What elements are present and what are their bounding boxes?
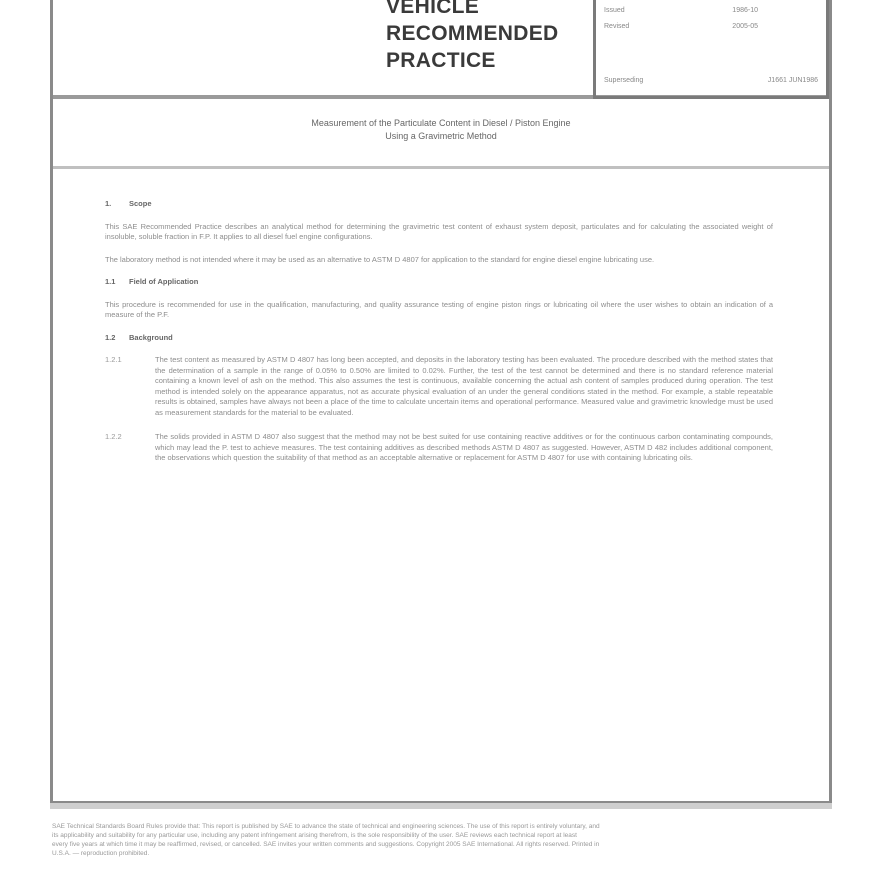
meta-superseding: Superseding J1661 JUN1986 — [604, 77, 818, 84]
document-footer: SAE Technical Standards Board Rules prov… — [52, 822, 832, 858]
meta-label: Issued — [604, 7, 625, 14]
document-header: VEHICLE RECOMMENDED PRACTICE Issued 1986… — [53, 0, 829, 99]
page-shadow — [50, 803, 832, 809]
document-title: Measurement of the Particulate Content i… — [53, 99, 829, 169]
subsection-1-2-1: 1.2.1 The test content as measured by AS… — [105, 355, 773, 418]
title-line: Using a Gravimetric Method — [53, 130, 829, 143]
meta-value: 2005-05 — [732, 23, 758, 30]
section-title: Scope — [129, 199, 152, 210]
title-line: Measurement of the Particulate Content i… — [53, 117, 829, 130]
meta-value: 1986-10 — [732, 7, 758, 14]
meta-label: Revised — [604, 23, 629, 30]
footer-line: SAE Technical Standards Board Rules prov… — [52, 822, 832, 831]
section-number: 1.1 — [105, 277, 129, 288]
section-heading-scope: 1. Scope — [105, 199, 773, 210]
section-number: 1. — [105, 199, 129, 210]
document-meta-box: Issued 1986-10 Revised 2005-05 Supersedi… — [593, 0, 829, 99]
section-heading-field: 1.1 Field of Application — [105, 277, 773, 288]
paragraph: This procedure is recommended for use in… — [105, 300, 773, 321]
footer-line: every five years at which time it may be… — [52, 840, 832, 849]
meta-revised: Revised 2005-05 — [604, 23, 818, 30]
section-title: Background — [129, 333, 173, 344]
doc-type-line: VEHICLE — [386, 0, 558, 20]
subsection-number: 1.2.1 — [105, 355, 155, 418]
document-type-label: VEHICLE RECOMMENDED PRACTICE — [386, 0, 558, 74]
paragraph: The laboratory method is not intended wh… — [105, 255, 773, 266]
meta-value: J1661 JUN1986 — [768, 77, 818, 84]
section-heading-background: 1.2 Background — [105, 333, 773, 344]
document-page: VEHICLE RECOMMENDED PRACTICE Issued 1986… — [50, 0, 832, 804]
paragraph: The solids provided in ASTM D 4807 also … — [155, 432, 773, 464]
paragraph: This SAE Recommended Practice describes … — [105, 222, 773, 243]
paragraph: The test content as measured by ASTM D 4… — [155, 355, 773, 418]
meta-label: Superseding — [604, 77, 643, 84]
subsection-number: 1.2.2 — [105, 432, 155, 464]
document-body: 1. Scope This SAE Recommended Practice d… — [105, 199, 773, 478]
meta-issued: Issued 1986-10 — [604, 7, 818, 14]
section-title: Field of Application — [129, 277, 198, 288]
footer-line: U.S.A. — reproduction prohibited. — [52, 849, 832, 858]
doc-type-line: RECOMMENDED — [386, 20, 558, 47]
subsection-1-2-2: 1.2.2 The solids provided in ASTM D 4807… — [105, 432, 773, 464]
doc-type-line: PRACTICE — [386, 47, 558, 74]
footer-line: its applicability and suitability for an… — [52, 831, 832, 840]
section-number: 1.2 — [105, 333, 129, 344]
